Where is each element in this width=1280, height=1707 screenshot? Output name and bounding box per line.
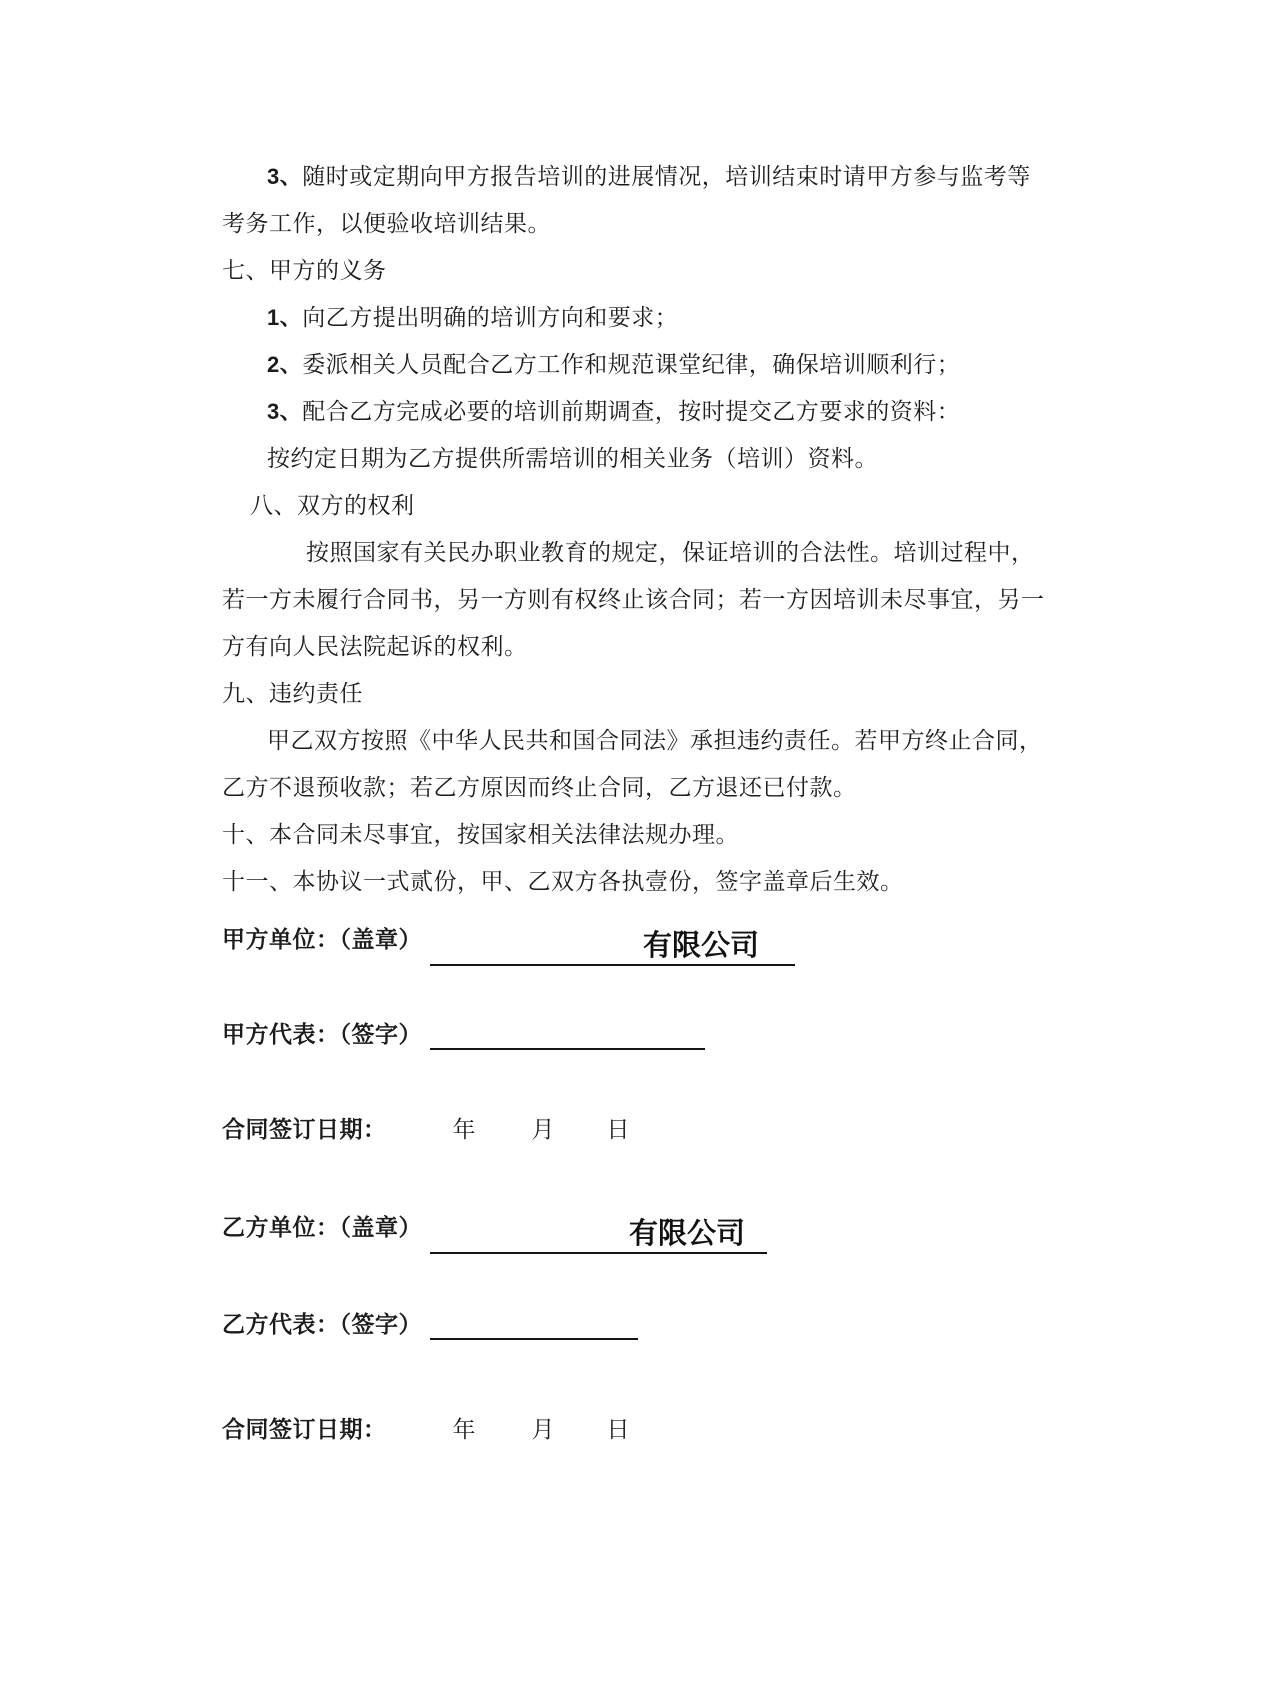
contract-line-text: 九、违约责任 (222, 681, 363, 706)
party-a-rep-label: 甲方代表：（签字） (222, 1022, 422, 1047)
date-label: 合同签订日期： (222, 1417, 387, 1442)
year-label: 年 (453, 1417, 476, 1442)
contract-line: 甲乙双方按照《中华人民共和国合同法》承担违约责任。若甲方终止合同， (222, 717, 1102, 764)
contract-line-text: 委派相关人员配合乙方工作和规范课堂纪律，确保培训顺利行； (302, 352, 960, 377)
contract-line-text: 按约定日期为乙方提供所需培训的相关业务（培训）资料。 (267, 446, 878, 471)
contract-line-text: 考务工作，以便验收培训结果。 (222, 211, 551, 236)
section-heading-11: 十一、本协议一式贰份，甲、乙双方各执壹份，签字盖章后生效。 (222, 858, 1102, 905)
party-a-rep-underline (430, 1012, 705, 1050)
contract-line-text: 向乙方提出明确的培训方向和要求； (302, 305, 678, 330)
contract-line: 考务工作，以便验收培训结果。 (222, 200, 1102, 247)
section-heading-9: 九、违约责任 (222, 670, 1102, 717)
section-heading-7: 七、甲方的义务 (222, 247, 1102, 294)
contract-line-text: 甲乙双方按照《中华人民共和国合同法》承担违约责任。若甲方终止合同， (267, 728, 1043, 753)
contract-line-text: 八、双方的权利 (250, 493, 415, 518)
list-number: 1、 (267, 305, 302, 330)
contract-line: 方有向人民法院起诉的权利。 (222, 623, 1102, 670)
contract-line-text: 十一、本协议一式贰份，甲、乙双方各执壹份，签字盖章后生效。 (222, 869, 904, 894)
day-label: 日 (607, 1417, 630, 1442)
list-number: 2、 (267, 352, 302, 377)
contract-line: 3、配合乙方完成必要的培训前期调查，按时提交乙方要求的资料： (222, 388, 1102, 435)
date-label: 合同签订日期： (222, 1117, 387, 1142)
section-heading-8: 八、双方的权利 (222, 482, 1102, 529)
list-number: 3、 (267, 399, 302, 424)
contract-line-text: 十、本合同未尽事宜，按国家相关法律法规办理。 (222, 822, 739, 847)
contract-line-text: 乙方不退预收款；若乙方原因而终止合同，乙方退还已付款。 (222, 775, 857, 800)
contract-body: 3、随时或定期向甲方报告培训的进展情况，培训结束时请甲方参与监考等 考务工作，以… (222, 153, 1102, 905)
party-a-unit-label: 甲方单位：（盖章） (222, 927, 422, 952)
contract-line: 1、向乙方提出明确的培训方向和要求； (222, 294, 1102, 341)
party-b-company-name: 有限公司 (629, 1218, 745, 1250)
contract-line-text: 配合乙方完成必要的培训前期调查，按时提交乙方要求的资料： (302, 399, 960, 424)
party-b-unit-label: 乙方单位：（盖章） (222, 1215, 422, 1240)
party-a-unit-row: 甲方单位：（盖章）有限公司 (222, 916, 795, 963)
party-b-unit-underline: 有限公司 (430, 1216, 767, 1254)
party-b-rep-row: 乙方代表：（签字） (222, 1301, 638, 1348)
contract-line-text: 七、甲方的义务 (222, 258, 387, 283)
contract-line-text: 按照国家有关民办职业教育的规定，保证培训的合法性。培训过程中， (306, 540, 1035, 565)
party-b-rep-label: 乙方代表：（签字） (222, 1312, 422, 1337)
contract-line: 乙方不退预收款；若乙方原因而终止合同，乙方退还已付款。 (222, 764, 1102, 811)
contract-line-text: 方有向人民法院起诉的权利。 (222, 634, 528, 659)
party-a-rep-row: 甲方代表：（签字） (222, 1011, 705, 1058)
section-heading-10: 十、本合同未尽事宜，按国家相关法律法规办理。 (222, 811, 1102, 858)
contract-line-text: 若一方未履行合同书，另一方则有权终止该合同；若一方因培训未尽事宜，另一 (222, 587, 1045, 612)
contract-line: 2、委派相关人员配合乙方工作和规范课堂纪律，确保培训顺利行； (222, 341, 1102, 388)
month-label: 月 (532, 1117, 555, 1142)
list-number: 3、 (267, 164, 302, 189)
month-label: 月 (532, 1417, 555, 1442)
contract-line-text: 随时或定期向甲方报告培训的进展情况，培训结束时请甲方参与监考等 (302, 164, 1031, 189)
contract-line: 按照国家有关民办职业教育的规定，保证培训的合法性。培训过程中， (222, 529, 1102, 576)
party-a-company-name: 有限公司 (643, 930, 759, 962)
party-a-unit-underline: 有限公司 (430, 928, 795, 966)
document-page: 3、随时或定期向甲方报告培训的进展情况，培训结束时请甲方参与监考等 考务工作，以… (0, 0, 1280, 1707)
day-label: 日 (607, 1117, 630, 1142)
party-b-date-row: 合同签订日期：年月日 (222, 1406, 630, 1453)
contract-line: 按约定日期为乙方提供所需培训的相关业务（培训）资料。 (222, 435, 1102, 482)
contract-line: 3、随时或定期向甲方报告培训的进展情况，培训结束时请甲方参与监考等 (222, 153, 1102, 200)
contract-line: 若一方未履行合同书，另一方则有权终止该合同；若一方因培训未尽事宜，另一 (222, 576, 1102, 623)
party-b-rep-underline (430, 1302, 638, 1340)
party-b-unit-row: 乙方单位：（盖章）有限公司 (222, 1204, 767, 1251)
year-label: 年 (453, 1117, 476, 1142)
party-a-date-row: 合同签订日期：年月日 (222, 1106, 630, 1153)
